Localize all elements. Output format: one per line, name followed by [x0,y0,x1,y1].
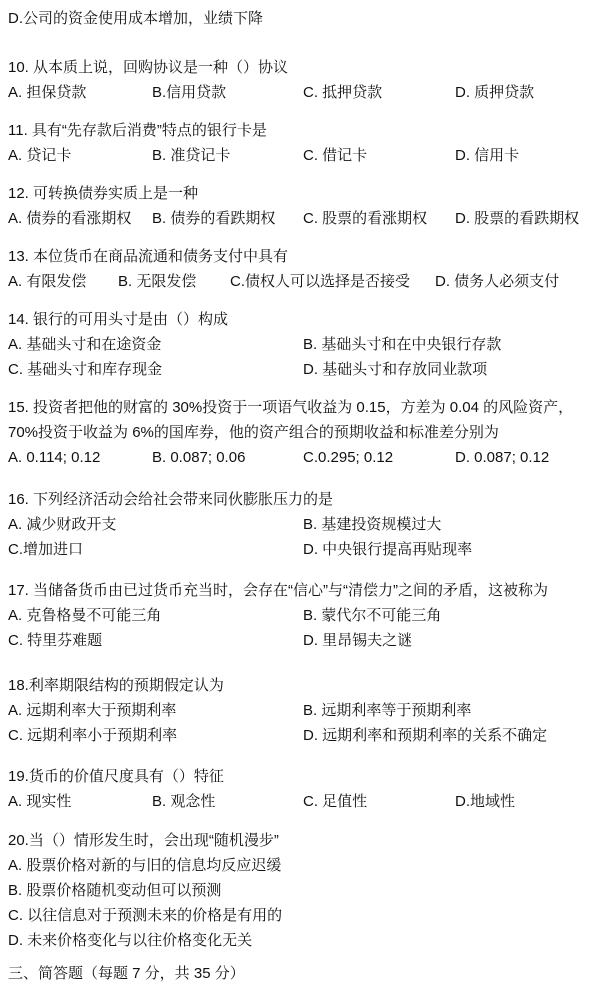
q11-option-d: D. 信用卡 [455,143,587,168]
q14-option-b: B. 基础头寸和在中央银行存款 [303,332,587,357]
question-17: 17. 当储备货币由已过货币充当时，会存在“信心”与“清偿力”之间的矛盾，这被称… [8,578,587,653]
q16-option-d: D. 中央银行提高再贴现率 [303,537,587,562]
q11-option-c: C. 借记卡 [303,143,455,168]
q16-option-c: C.增加进口 [8,537,303,562]
question-11-text: 11. 具有“先存款后消费”特点的银行卡是 [8,118,587,143]
q13-option-d: D. 债务人必须支付 [435,269,587,294]
q12-option-b: B. 债券的看跌期权 [152,206,303,231]
question-14-text: 14. 银行的可用头寸是由（）构成 [8,307,587,332]
leftover-option-d: D.公司的资金使用成本增加，业绩下降 [8,6,587,31]
question-10-text: 10. 从本质上说，回购协议是一种（）协议 [8,55,587,80]
q10-option-d: D. 质押贷款 [455,80,587,105]
question-17-options: A. 克鲁格曼不可能三角 B. 蒙代尔不可能三角 C. 特里芬难题 D. 里昂锡… [8,603,587,653]
question-11-options: A. 贷记卡 B. 准贷记卡 C. 借记卡 D. 信用卡 [8,143,587,168]
question-15-text: 15. 投资者把他的财富的 30%投资于一项语气收益为 0.15，方差为 0.0… [8,395,587,445]
section-footer: 三、简答题（每题 7 分，共 35 分） [8,961,587,986]
q10-option-b: B.信用贷款 [152,80,303,105]
q17-option-b: B. 蒙代尔不可能三角 [303,603,587,628]
question-20-options: A. 股票价格对新的与旧的信息均反应迟缓 B. 股票价格随机变动但可以预测 C.… [8,853,587,953]
question-18-options: A. 远期利率大于预期利率 B. 远期利率等于预期利率 C. 远期利率小于预期利… [8,698,587,748]
question-19: 19.货币的价值尺度具有（）特征 A. 现实性 B. 观念性 C. 足值性 D.… [8,764,587,814]
question-16: 16. 下列经济活动会给社会带来同伙膨胀压力的是 A. 减少财政开支 B. 基建… [8,487,587,562]
question-12-options: A. 债券的看涨期权 B. 债券的看跌期权 C. 股票的看涨期权 D. 股票的看… [8,206,587,231]
q12-option-d: D. 股票的看跌期权 [455,206,587,231]
q14-option-a: A. 基础头寸和在途资金 [8,332,303,357]
q17-option-d: D. 里昂锡夫之谜 [303,628,587,653]
q13-option-b: B. 无限发偿 [118,269,230,294]
question-12: 12. 可转换债券实质上是一种 A. 债券的看涨期权 B. 债券的看跌期权 C.… [8,181,587,231]
question-16-text: 16. 下列经济活动会给社会带来同伙膨胀压力的是 [8,487,587,512]
question-20: 20.当（）情形发生时，会出现“随机漫步” A. 股票价格对新的与旧的信息均反应… [8,828,587,953]
q20-option-c: C. 以往信息对于预测未来的价格是有用的 [8,903,587,928]
question-18-text: 18.利率期限结构的预期假定认为 [8,673,587,698]
q17-option-a: A. 克鲁格曼不可能三角 [8,603,303,628]
q18-option-a: A. 远期利率大于预期利率 [8,698,303,723]
q18-option-d: D. 远期利率和预期利率的关系不确定 [303,723,587,748]
question-11: 11. 具有“先存款后消费”特点的银行卡是 A. 贷记卡 B. 准贷记卡 C. … [8,118,587,168]
q14-option-c: C. 基础头寸和库存现金 [8,357,303,382]
question-13-options: A. 有限发偿 B. 无限发偿 C.债权人可以选择是否接受 D. 债务人必须支付 [8,269,587,294]
question-12-text: 12. 可转换债券实质上是一种 [8,181,587,206]
question-16-options: A. 减少财政开支 B. 基建投资规模过大 C.增加进口 D. 中央银行提高再贴… [8,512,587,562]
question-19-text: 19.货币的价值尺度具有（）特征 [8,764,587,789]
exam-page: { "document": { "leftover_option_d": "D.… [0,0,595,987]
question-15: 15. 投资者把他的财富的 30%投资于一项语气收益为 0.15，方差为 0.0… [8,395,587,470]
q12-option-c: C. 股票的看涨期权 [303,206,455,231]
q10-option-c: C. 抵押贷款 [303,80,455,105]
q18-option-b: B. 远期利率等于预期利率 [303,698,587,723]
q13-option-a: A. 有限发偿 [8,269,118,294]
question-17-text: 17. 当储备货币由已过货币充当时，会存在“信心”与“清偿力”之间的矛盾，这被称… [8,578,587,603]
q15-option-c: C.0.295; 0.12 [303,445,455,470]
question-10: 10. 从本质上说，回购协议是一种（）协议 A. 担保贷款 B.信用贷款 C. … [8,55,587,105]
q17-option-c: C. 特里芬难题 [8,628,303,653]
q11-option-b: B. 准贷记卡 [152,143,303,168]
q20-option-a: A. 股票价格对新的与旧的信息均反应迟缓 [8,853,587,878]
question-10-options: A. 担保贷款 B.信用贷款 C. 抵押贷款 D. 质押贷款 [8,80,587,105]
q15-option-a: A. 0.114; 0.12 [8,445,152,470]
question-20-text: 20.当（）情形发生时，会出现“随机漫步” [8,828,587,853]
question-13-text: 13. 本位货币在商品流通和债务支付中具有 [8,244,587,269]
q19-option-d: D.地域性 [455,789,587,814]
q16-option-b: B. 基建投资规模过大 [303,512,587,537]
q16-option-a: A. 减少财政开支 [8,512,303,537]
question-15-options: A. 0.114; 0.12 B. 0.087; 0.06 C.0.295; 0… [8,445,587,470]
q20-option-b: B. 股票价格随机变动但可以预测 [8,878,587,903]
q18-option-c: C. 远期利率小于预期利率 [8,723,303,748]
question-18: 18.利率期限结构的预期假定认为 A. 远期利率大于预期利率 B. 远期利率等于… [8,673,587,748]
question-13: 13. 本位货币在商品流通和债务支付中具有 A. 有限发偿 B. 无限发偿 C.… [8,244,587,294]
q19-option-b: B. 观念性 [152,789,303,814]
q19-option-c: C. 足值性 [303,789,455,814]
question-14: 14. 银行的可用头寸是由（）构成 A. 基础头寸和在途资金 B. 基础头寸和在… [8,307,587,382]
q10-option-a: A. 担保贷款 [8,80,152,105]
q20-option-d: D. 未来价格变化与以往价格变化无关 [8,928,587,953]
q15-option-d: D. 0.087; 0.12 [455,445,587,470]
question-14-options: A. 基础头寸和在途资金 B. 基础头寸和在中央银行存款 C. 基础头寸和库存现… [8,332,587,382]
q11-option-a: A. 贷记卡 [8,143,152,168]
question-19-options: A. 现实性 B. 观念性 C. 足值性 D.地域性 [8,789,587,814]
q15-option-b: B. 0.087; 0.06 [152,445,303,470]
q13-option-c: C.债权人可以选择是否接受 [230,269,435,294]
q12-option-a: A. 债券的看涨期权 [8,206,152,231]
q19-option-a: A. 现实性 [8,789,152,814]
q14-option-d: D. 基础头寸和存放同业款项 [303,357,587,382]
